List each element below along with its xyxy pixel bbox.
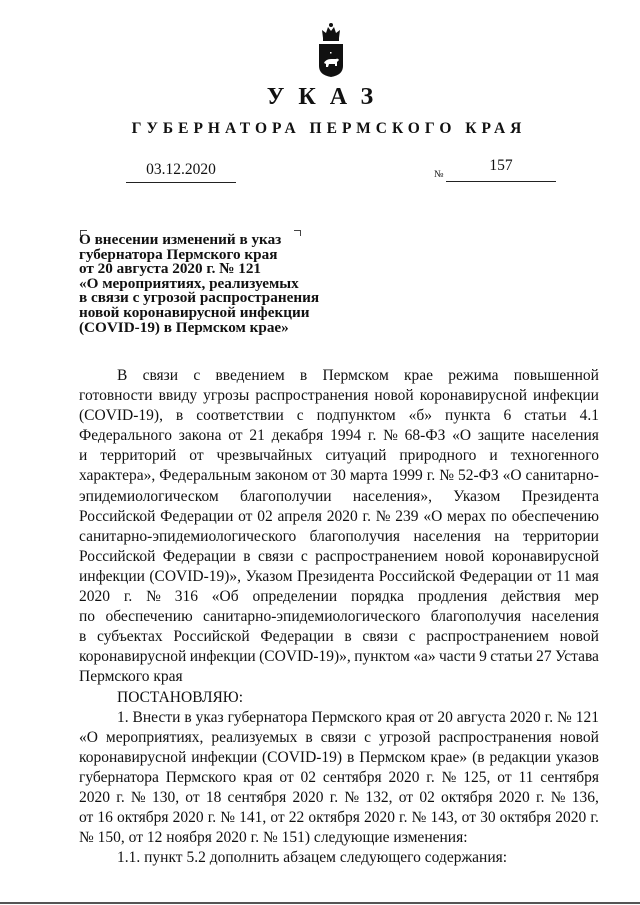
body-line: 1.ВнестивуказгубернатораПермскогокраяот2… <box>79 708 599 728</box>
body-line: санитарно-эпидемиологическогоблагополучи… <box>79 527 599 547</box>
body-line: от16октября2020г.№141,от22октября2020г.№… <box>79 808 599 828</box>
body-line: ПОСТАНОВЛЯЮ: <box>79 688 599 708</box>
body-line: Пермского края <box>79 667 599 687</box>
body-line: характера»,Федеральнымзакономот30марта19… <box>79 466 599 486</box>
body-line: ВсвязисвведениемвПермскомкраережимаповыш… <box>79 366 599 386</box>
page-bottom-edge <box>0 902 640 904</box>
document-date-field: 03.12.2020 <box>126 160 236 183</box>
body-line: итерриторийотчрезвычайныхситуацийприродн… <box>79 446 599 466</box>
document-date: 03.12.2020 <box>146 161 216 178</box>
body-line: РоссийскойФедерацииот02апреля2020г.№239«… <box>79 507 599 527</box>
document-subject: О внесении изменений в указгубернатора П… <box>79 233 339 335</box>
coat-of-arms-icon <box>318 22 344 78</box>
body-line: № 150, от 12 ноября 2020 г. № 151) следу… <box>79 828 599 848</box>
body-line: пообеспечениюсанитарно-эпидемиологическо… <box>79 607 599 627</box>
body-line: готовностиввидуугрозыраспространенияново… <box>79 386 599 406</box>
body-line: 2020г.№316«Обопределениипорядкапродления… <box>79 587 599 607</box>
body-line: РоссийскойФедерациивсвязисраспространени… <box>79 547 599 567</box>
body-line: всубъектахРоссийскойФедерациивсвязисрасп… <box>79 627 599 647</box>
body-line: эпидемиологическомблагополучиинаселения»… <box>79 487 599 507</box>
body-line: Федеральногозаконаот21декабря1994г.№68-Ф… <box>79 426 599 446</box>
document-type-title: УКАЗ <box>0 84 640 111</box>
body-line: коронавируснойинфекции(COVID-19)вПермско… <box>79 748 599 768</box>
body-line: (COVID-19),всоответствиисподпунктом«б»пу… <box>79 406 599 426</box>
body-line: губернатораПермскогокраяот02сентября2020… <box>79 768 599 788</box>
issuer-title: ГУБЕРНАТОРА ПЕРМСКОГО КРАЯ <box>0 120 640 138</box>
body-line: 2020г.№130,от18сентября2020г.№132,от02ок… <box>79 788 599 808</box>
body-line: инфекции(COVID-19)»,УказомПрезидентаРосс… <box>79 567 599 587</box>
document-number: 157 <box>489 157 512 174</box>
document-page: УКАЗ ГУБЕРНАТОРА ПЕРМСКОГО КРАЯ 03.12.20… <box>0 0 640 905</box>
document-body: ВсвязисвведениемвПермскомкраережимаповыш… <box>79 366 599 868</box>
body-line: коронавируснойинфекции(COVID-19)»,пункто… <box>79 647 599 667</box>
body-line: 1.1. пункт 5.2 дополнить абзацем следующ… <box>79 848 599 868</box>
body-line: «Омероприятиях,реализуемыхвсвязисугрозой… <box>79 728 599 748</box>
document-number-field: 157 <box>446 157 556 182</box>
number-sign: № <box>434 169 444 180</box>
subject-line: (COVID-19) в Пермском крае» <box>79 321 339 336</box>
